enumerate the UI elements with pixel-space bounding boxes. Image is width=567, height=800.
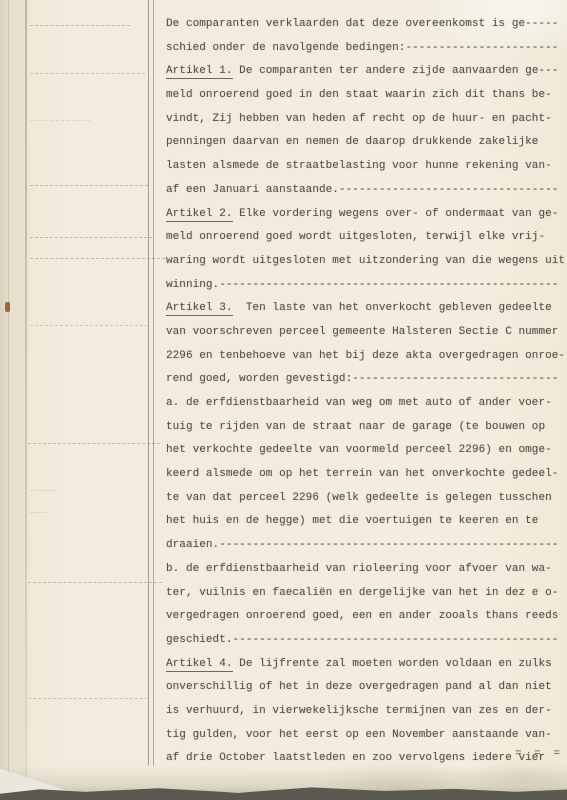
typed-line: draaien.--------------------------------… — [166, 534, 565, 558]
margin-rule-line — [28, 582, 162, 583]
typed-text: De comparanten verklaarden dat deze over… — [166, 13, 565, 775]
margin-rule-line — [30, 490, 56, 491]
margin-rule-line — [30, 120, 90, 121]
typed-line: onverschillig of het in deze overgedrage… — [166, 676, 565, 700]
margin-rule-line — [28, 698, 148, 699]
scanned-document: De comparanten verklaarden dat deze over… — [0, 0, 567, 800]
article-heading: Artikel 3. — [166, 302, 233, 316]
typed-line: het verkochte gedeelte van voormeld perc… — [166, 439, 565, 463]
article-heading: Artikel 4. — [166, 658, 233, 672]
paper-sheet: De comparanten verklaarden dat deze over… — [0, 0, 567, 793]
article-heading: Artikel 1. — [166, 65, 233, 79]
typed-line: De comparanten verklaarden dat deze over… — [166, 13, 565, 37]
paper-bottom-shadow — [0, 766, 567, 792]
typed-line: lasten alsmede de straatbelasting voor h… — [166, 155, 565, 179]
page-continuation-mark: = = = — [515, 748, 563, 760]
margin-rule-line — [30, 237, 152, 238]
typed-line: het huis en de hegge) met die voertuigen… — [166, 510, 565, 534]
margin-rule-line — [30, 325, 148, 326]
paper-fleck — [5, 302, 10, 312]
margin-rule-line — [30, 25, 130, 26]
typed-line: Artikel 4. De lijfrente zal moeten worde… — [166, 653, 565, 677]
typed-line: b. de erfdienstbaarheid van rioleering v… — [166, 558, 565, 582]
typed-line: rend goed, worden gevestigd:------------… — [166, 368, 565, 392]
margin-rule-line — [30, 185, 148, 186]
margin-rule-line — [30, 73, 145, 74]
typed-line: af een Januari aanstaande.--------------… — [166, 179, 565, 203]
typed-line: van voorschreven perceel gemeente Halste… — [166, 321, 565, 345]
typed-line: tuig te rijden van de straat naar de gar… — [166, 416, 565, 440]
margin-rule-line — [30, 512, 46, 513]
typed-line: Artikel 1. De comparanten ter andere zij… — [166, 60, 565, 84]
typed-line: a. de erfdienstbaarheid van weg om met a… — [166, 392, 565, 416]
typed-line: geschiedt.------------------------------… — [166, 629, 565, 653]
typed-line: Artikel 2. Elke vordering wegens over- o… — [166, 203, 565, 227]
typed-line: ter, vuilnis en faecaliën en dergelijke … — [166, 582, 565, 606]
typed-line: Artikel 3. Ten laste van het onverkocht … — [166, 297, 565, 321]
fold-crease-inner — [25, 0, 27, 790]
typed-line: meld onroerend goed wordt uitgesloten, t… — [166, 226, 565, 250]
typed-line: winning.--------------------------------… — [166, 274, 565, 298]
typed-line: waring wordt uitgesloten met uitzonderin… — [166, 250, 565, 274]
typed-line: tig gulden, voor het eerst op een Novemb… — [166, 724, 565, 748]
typed-line: vergedragen onroerend goed, een en ander… — [166, 605, 565, 629]
typed-line: penningen daarvan en nemen de daarop dru… — [166, 131, 565, 155]
typed-line: keerd alsmede om op het terrein van het … — [166, 463, 565, 487]
margin-rule-line — [28, 443, 160, 444]
margin-vertical-rule — [148, 0, 154, 766]
fold-crease-outer — [8, 0, 9, 793]
typed-line: 2296 en tenbehoeve van het bij deze akta… — [166, 345, 565, 369]
article-heading: Artikel 2. — [166, 208, 233, 222]
typed-line: meld onroerend goed in den staat waarin … — [166, 84, 565, 108]
typed-line: te van dat perceel 2296 (welk gedeelte i… — [166, 487, 565, 511]
margin-rule-line — [30, 258, 165, 259]
typed-line: vindt, Zij hebben van heden af recht op … — [166, 108, 565, 132]
typed-line: schied onder de navolgende bedingen:----… — [166, 37, 565, 61]
typed-line: is verhuurd, in vierwekelijksche termijn… — [166, 700, 565, 724]
